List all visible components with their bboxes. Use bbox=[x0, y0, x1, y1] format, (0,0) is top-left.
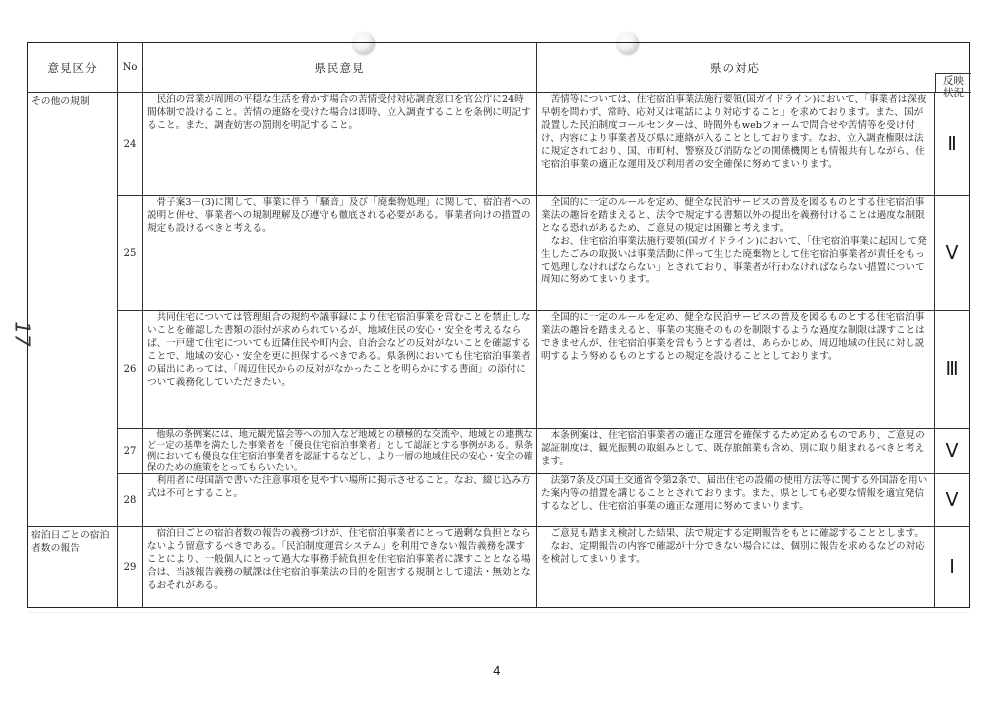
opinion-text: 骨子案3－(3)に関して、事業に伴う「騒音」及び「廃棄物処理」に関して、宿泊者へ… bbox=[147, 197, 533, 236]
opinion-text: 共同住宅については管理組合の規約や議事録により住宅宿泊事業を営むことを禁止しない… bbox=[147, 312, 533, 389]
header-reflection-status: 反映 状況 bbox=[935, 73, 971, 93]
citizen-opinion-cell: 宿泊日ごとの宿泊者数の報告の義務づけが、住宅宿泊事業者にとって過剰な負担とならな… bbox=[143, 527, 537, 607]
page-number: 4 bbox=[493, 664, 501, 678]
response-text: なお、住宅宿泊事業法施行要領(国ガイドライン)において、「住宅宿泊事業に起因して… bbox=[541, 236, 931, 288]
prefecture-response-cell: 苦情等については、住宅宿泊事業法施行要領(国ガイドライン)において、「事業者は深… bbox=[537, 93, 935, 196]
opinion-text: 宿泊日ごとの宿泊者数の報告の義務づけが、住宅宿泊事業者にとって過剰な負担とならな… bbox=[147, 528, 533, 593]
bleed-through-ghost bbox=[27, 612, 970, 643]
response-text: 全国的に一定のルールを定め、健全な民泊サービスの普及を図るものとする住宅宿泊事業… bbox=[541, 197, 931, 236]
reflection-status: Ⅴ bbox=[935, 429, 969, 474]
citizen-opinion-cell: 民泊の営業が周囲の平穏な生活を脅かす場合の苦情受付対応調査窓口を官公庁に24時間… bbox=[143, 93, 537, 196]
row-number: 29 bbox=[118, 527, 143, 607]
citizen-opinion-cell: 共同住宅については管理組合の規約や議事録により住宅宿泊事業を営むことを禁止しない… bbox=[143, 311, 537, 429]
prefecture-response-cell: 本条例案は、住宅宿泊事業者の適正な運営を確保するため定めるものであり、ご意見の認… bbox=[537, 429, 935, 474]
category-cell-guest-report: 宿泊日ごとの宿泊者数の報告 bbox=[28, 527, 118, 607]
prefecture-response-cell: 全国的に一定のルールを定め、健全な民泊サービスの普及を図るものとする住宅宿泊事業… bbox=[537, 196, 935, 311]
opinion-text: 民泊の営業が周囲の平穏な生活を脅かす場合の苦情受付対応調査窓口を官公庁に24時間… bbox=[147, 94, 533, 133]
header-category: 意見区分 bbox=[28, 43, 118, 93]
reflection-status: Ⅴ bbox=[935, 474, 969, 527]
header-no: No bbox=[118, 43, 143, 93]
reflection-status: Ⅴ bbox=[935, 196, 969, 311]
response-text: ご意見も踏まえ検討した結果、法で規定する定期報告をもとに確認することとします。 bbox=[541, 528, 931, 541]
prefecture-response-cell: 全国的に一定のルールを定め、健全な民泊サービスの普及を図るものとする住宅宿泊事業… bbox=[537, 311, 935, 429]
prefecture-response-cell: ご意見も踏まえ検討した結果、法で規定する定期報告をもとに確認することとします。な… bbox=[537, 527, 935, 607]
citizen-opinion-cell: 利用者に母国語で書いた注意事項を見やすい場所に掲示させること。なお、綴じ込み方式… bbox=[143, 474, 537, 527]
opinion-text: 他県の条例案には、地元観光協会等への加入など地域との積極的な交流や、地域との連携… bbox=[147, 430, 533, 474]
category-cell-other-regulations: その他の規制 bbox=[28, 93, 118, 527]
prefecture-response-cell: 法第7条及び国土交通省令第2条で、届出住宅の設備の使用方法等に関する外国語を用い… bbox=[537, 474, 935, 527]
response-text: 全国的に一定のルールを定め、健全な民泊サービスの普及を図るものとする住宅宿泊事業… bbox=[541, 312, 931, 364]
response-text: なお、定期報告の内容で確認が十分できない場合には、個別に報告を求めるなどの対応を… bbox=[541, 541, 931, 567]
reflection-status: Ⅲ bbox=[935, 311, 969, 429]
header-prefecture-response: 県の対応 bbox=[537, 43, 969, 93]
opinion-response-table: 意見区分 No 県民意見 県の対応 反映 状況 その他の規制 宿泊日ごとの宿泊者… bbox=[27, 42, 970, 608]
response-text: 本条例案は、住宅宿泊事業者の適正な運営を確保するため定めるものであり、ご意見の認… bbox=[541, 430, 931, 469]
reflection-status: Ⅱ bbox=[935, 93, 969, 196]
header-citizen-opinion: 県民意見 bbox=[143, 43, 537, 93]
reflection-status: Ⅰ bbox=[935, 527, 969, 607]
row-number: 24 bbox=[118, 93, 143, 196]
response-text: 法第7条及び国土交通省令第2条で、届出住宅の設備の使用方法等に関する外国語を用い… bbox=[541, 475, 931, 514]
row-number: 25 bbox=[118, 196, 143, 311]
citizen-opinion-cell: 他県の条例案には、地元観光協会等への加入など地域との積極的な交流や、地域との連携… bbox=[143, 429, 537, 474]
response-text: 苦情等については、住宅宿泊事業法施行要領(国ガイドライン)において、「事業者は深… bbox=[541, 94, 931, 171]
row-number: 27 bbox=[118, 429, 143, 474]
document-page: 17 意見区分 No 県民意見 県の対応 反映 状況 その他の規制 宿泊日ごとの… bbox=[0, 0, 1000, 703]
opinion-text: 利用者に母国語で書いた注意事項を見やすい場所に掲示させること。なお、綴じ込み方式… bbox=[147, 475, 533, 501]
row-number: 28 bbox=[118, 474, 143, 527]
row-number: 26 bbox=[118, 311, 143, 429]
citizen-opinion-cell: 骨子案3－(3)に関して、事業に伴う「騒音」及び「廃棄物処理」に関して、宿泊者へ… bbox=[143, 196, 537, 311]
